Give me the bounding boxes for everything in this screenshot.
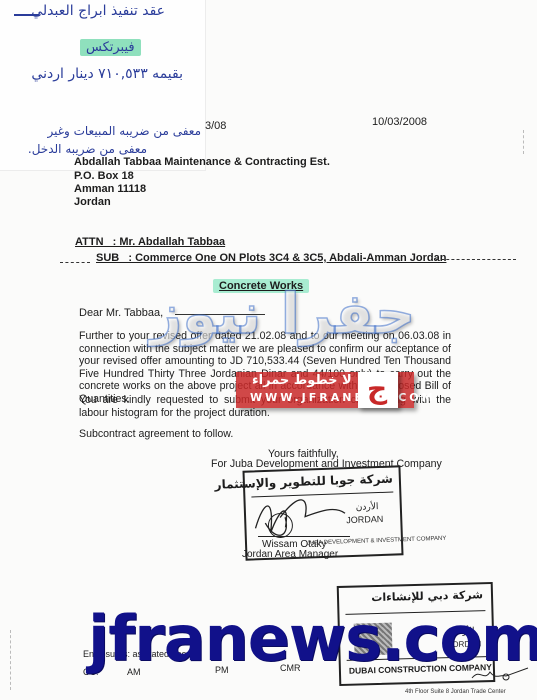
watermark-arabic-logo: جفرا نيوز [150,282,415,347]
banner-arabic-text: لا خطوط حمراء [252,373,352,388]
reference-number: 3/08 [205,120,226,133]
body-paragraph-3: Subcontract agreement to follow. [79,428,233,441]
note-line-1: عقد تنفيذ ابراج العبدلي [31,3,165,19]
recipient-company: Abdallah Tabbaa Maintenance & Contractin… [74,156,330,169]
note-line-2: فيبرتكس [80,40,141,55]
banner-url-text: WWW.JFRANEWS.COM [250,391,436,404]
attn-line: ATTN : Mr. Abdallah Tabbaa [75,236,225,249]
stamp-arabic-country: الأردن [356,502,379,513]
note-line-4: معفى من ضريبه المبيعات وغير [47,124,201,138]
signatory-title: Jordan Area Manager [242,548,338,561]
subject-line: SUB : Commerce One ON Plots 3C4 & 3C5, A… [96,252,446,265]
scan-edge-mark-right [523,130,524,154]
watermark-glyph-box: ج [358,372,398,408]
recipient-country: Jordan [74,196,111,209]
recipient-city: Amman 11118 [74,183,146,196]
subject-rule-left [60,262,90,263]
scan-edge-mark [10,630,11,690]
note-line-3: بقيمه ٧١٠,٥٣٣ دينار اردني [31,66,183,82]
stamp-country: JORDAN [346,514,383,525]
handwritten-sticky-note: عقد تنفيذ ابراج العبدلي فيبرتكس بقيمه ٧١… [0,0,206,171]
dubai-address: 4th Floor Suite 8 Jordan Trade Center [405,689,506,695]
subject-rule-right [436,259,516,260]
note-highlight: فيبرتكس [80,39,141,56]
recipient-po-box: P.O. Box 18 [74,170,134,183]
watermark-footer-url: jfranews.com [88,602,537,675]
note-line-5: معفى من ضريبه الدخل. [28,142,147,156]
letter-date: 10/03/2008 [372,116,427,129]
signatory-rule [258,536,350,537]
jfra-logo-icon: ج [367,372,387,405]
